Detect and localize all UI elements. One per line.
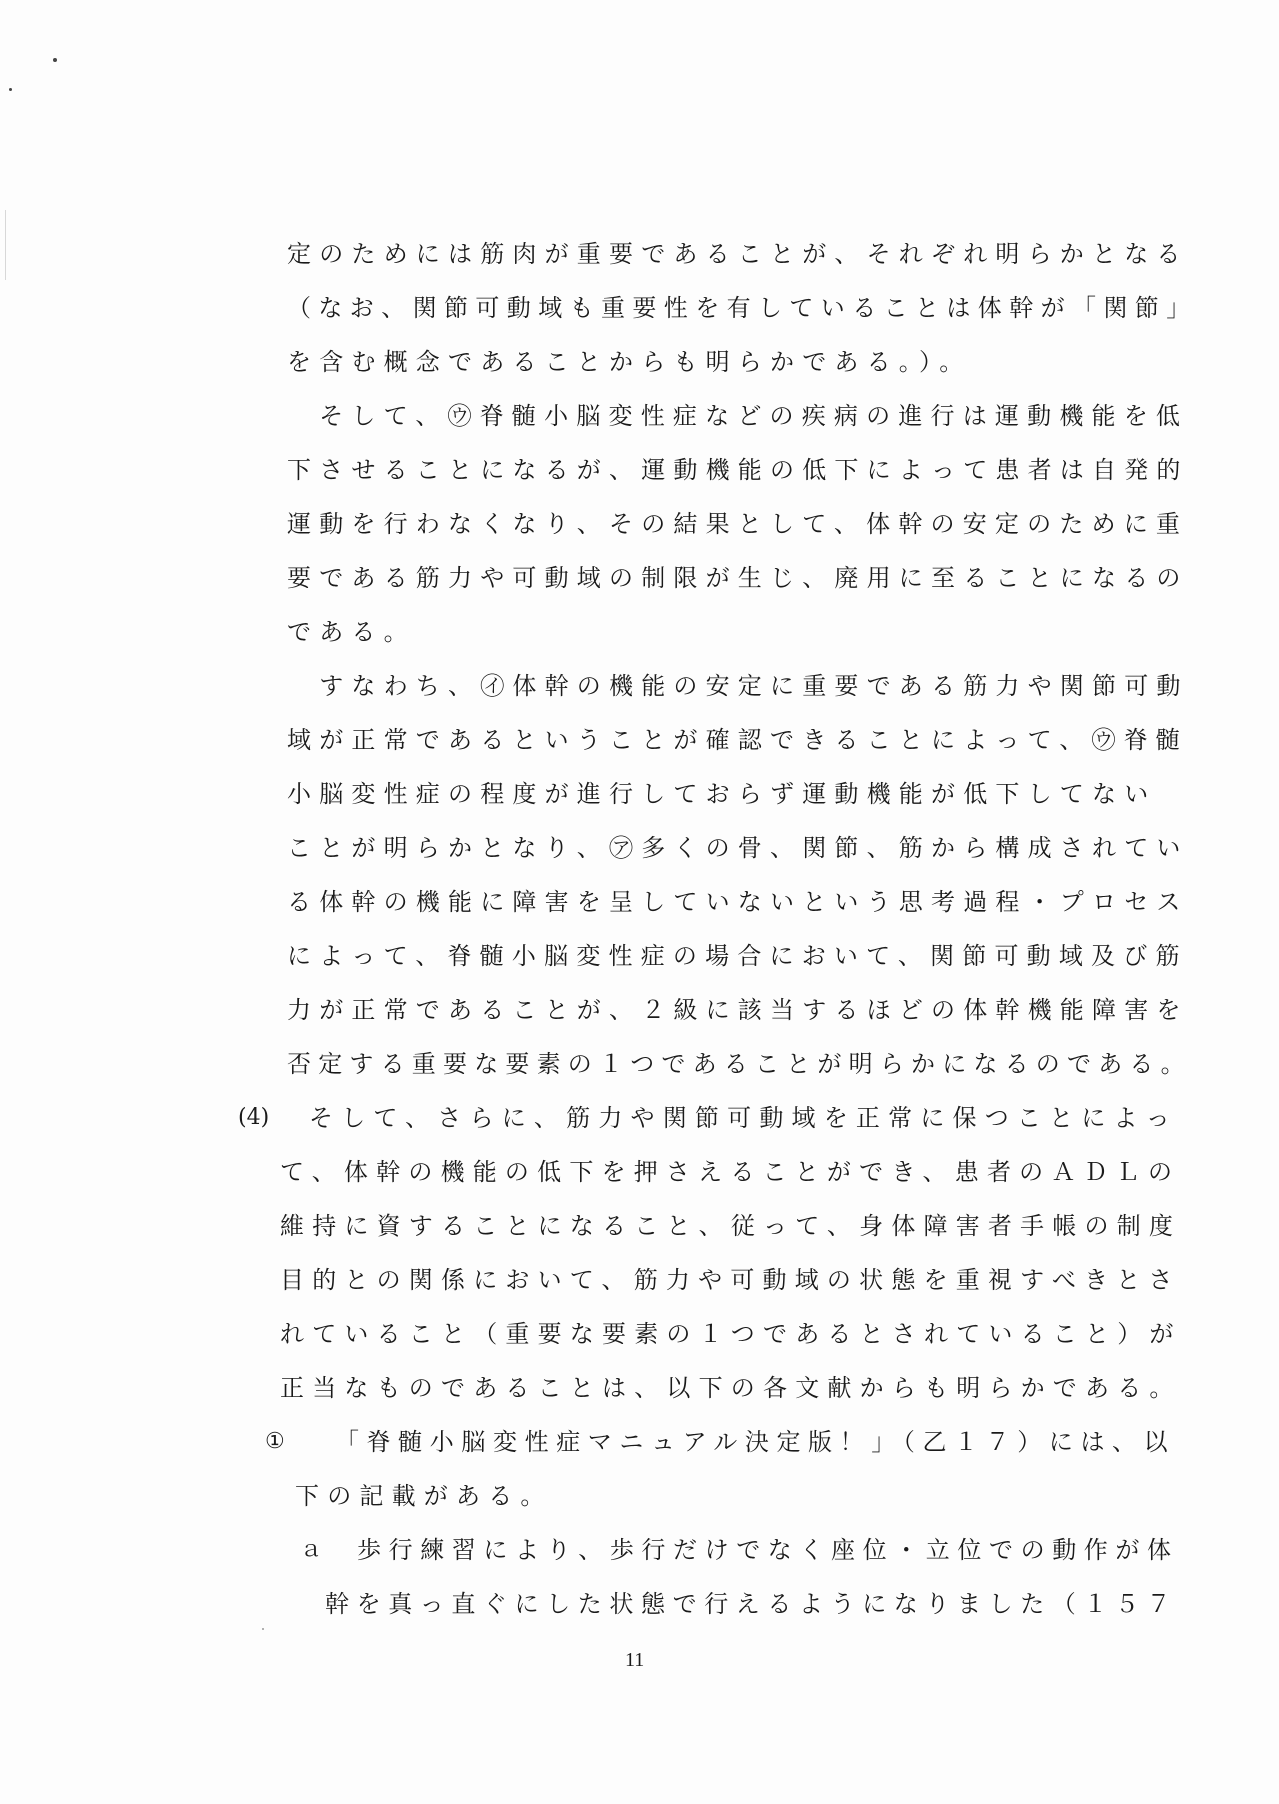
scan-edge-mark [5, 210, 6, 280]
text-line: 力が正常であることが、２級に該当するほどの体幹機能障害を [287, 994, 1189, 1026]
text-line: そして、さらに、筋力や関節可動域を正常に保つことによっ [309, 1102, 1178, 1134]
text-line: 定のためには筋肉が重要であることが、それぞれ明らかとなる [287, 238, 1189, 270]
page-number: 11 [625, 1648, 644, 1672]
scanned-document-page: 定のためには筋肉が重要であることが、それぞれ明らかとなる （なお、関節可動域も重… [0, 0, 1279, 1804]
text-line: れていること（重要な要素の１つであるとされていること）が [280, 1318, 1182, 1350]
text-line: 運動を行わなくなり、その結果として、体幹の安定のために重 [287, 508, 1188, 540]
text-line: そして、㋒脊髄小脳変性症などの疾病の進行は運動機能を低 [287, 400, 1188, 432]
text-line: を含む概念であることからも明らかである。）。 [287, 346, 971, 378]
text-line: て、体幹の機能の低下を押さえることができ、患者のＡＤＬの [280, 1156, 1180, 1188]
scan-speck [9, 88, 12, 91]
text-line: 維持に資することになること、従って、身体障害者手帳の制度 [280, 1210, 1181, 1242]
text-line: 下させることになるが、運動機能の低下によって患者は自発的 [287, 454, 1189, 486]
text-line: （なお、関節可動域も重要性を有していることは体幹が「関節」 [287, 292, 1198, 324]
section-number: (4) [238, 1102, 269, 1134]
text-line: 小脳変性症の程度が進行しておらず運動機能が低下してない [287, 778, 1156, 810]
text-line: 否定する重要な要素の１つであることが明らかになるのである。 [287, 1048, 1192, 1080]
text-line: 正当なものであることは、以下の各文献からも明らかである。 [280, 1372, 1182, 1404]
item-number: ① [265, 1426, 285, 1458]
item-letter: ａ [300, 1534, 322, 1566]
scan-speck [262, 1628, 264, 1630]
text-line: ことが明らかとなり、㋐多くの骨、関節、筋から構成されてい [287, 832, 1189, 864]
scan-speck [53, 58, 57, 62]
text-line: 域が正常であるということが確認できることによって、㋒脊髄 [287, 724, 1188, 756]
text-line: 下の記載がある。 [295, 1480, 553, 1512]
text-line: る体幹の機能に障害を呈していないという思考過程・プロセス [287, 886, 1189, 918]
text-line: すなわち、㋑体幹の機能の安定に重要である筋力や関節可動 [287, 670, 1189, 702]
text-line: 「脊髄小脳変性症マニュアル決定版！」（乙１７）には、以 [335, 1426, 1175, 1458]
text-line: 幹を真っ直ぐにした状態で行えるようになりました（１５７ [325, 1588, 1178, 1620]
text-line: 目的との関係において、筋力や可動域の状態を重視すべきとさ [280, 1264, 1181, 1296]
text-line: によって、脊髄小脳変性症の場合において、関節可動域及び筋 [287, 940, 1188, 972]
text-line: 要である筋力や可動域の制限が生じ、廃用に至ることになるの [287, 562, 1189, 594]
text-line: である。 [287, 616, 416, 648]
text-line: 歩行練習により、歩行だけでなく座位・立位での動作が体 [357, 1534, 1179, 1566]
